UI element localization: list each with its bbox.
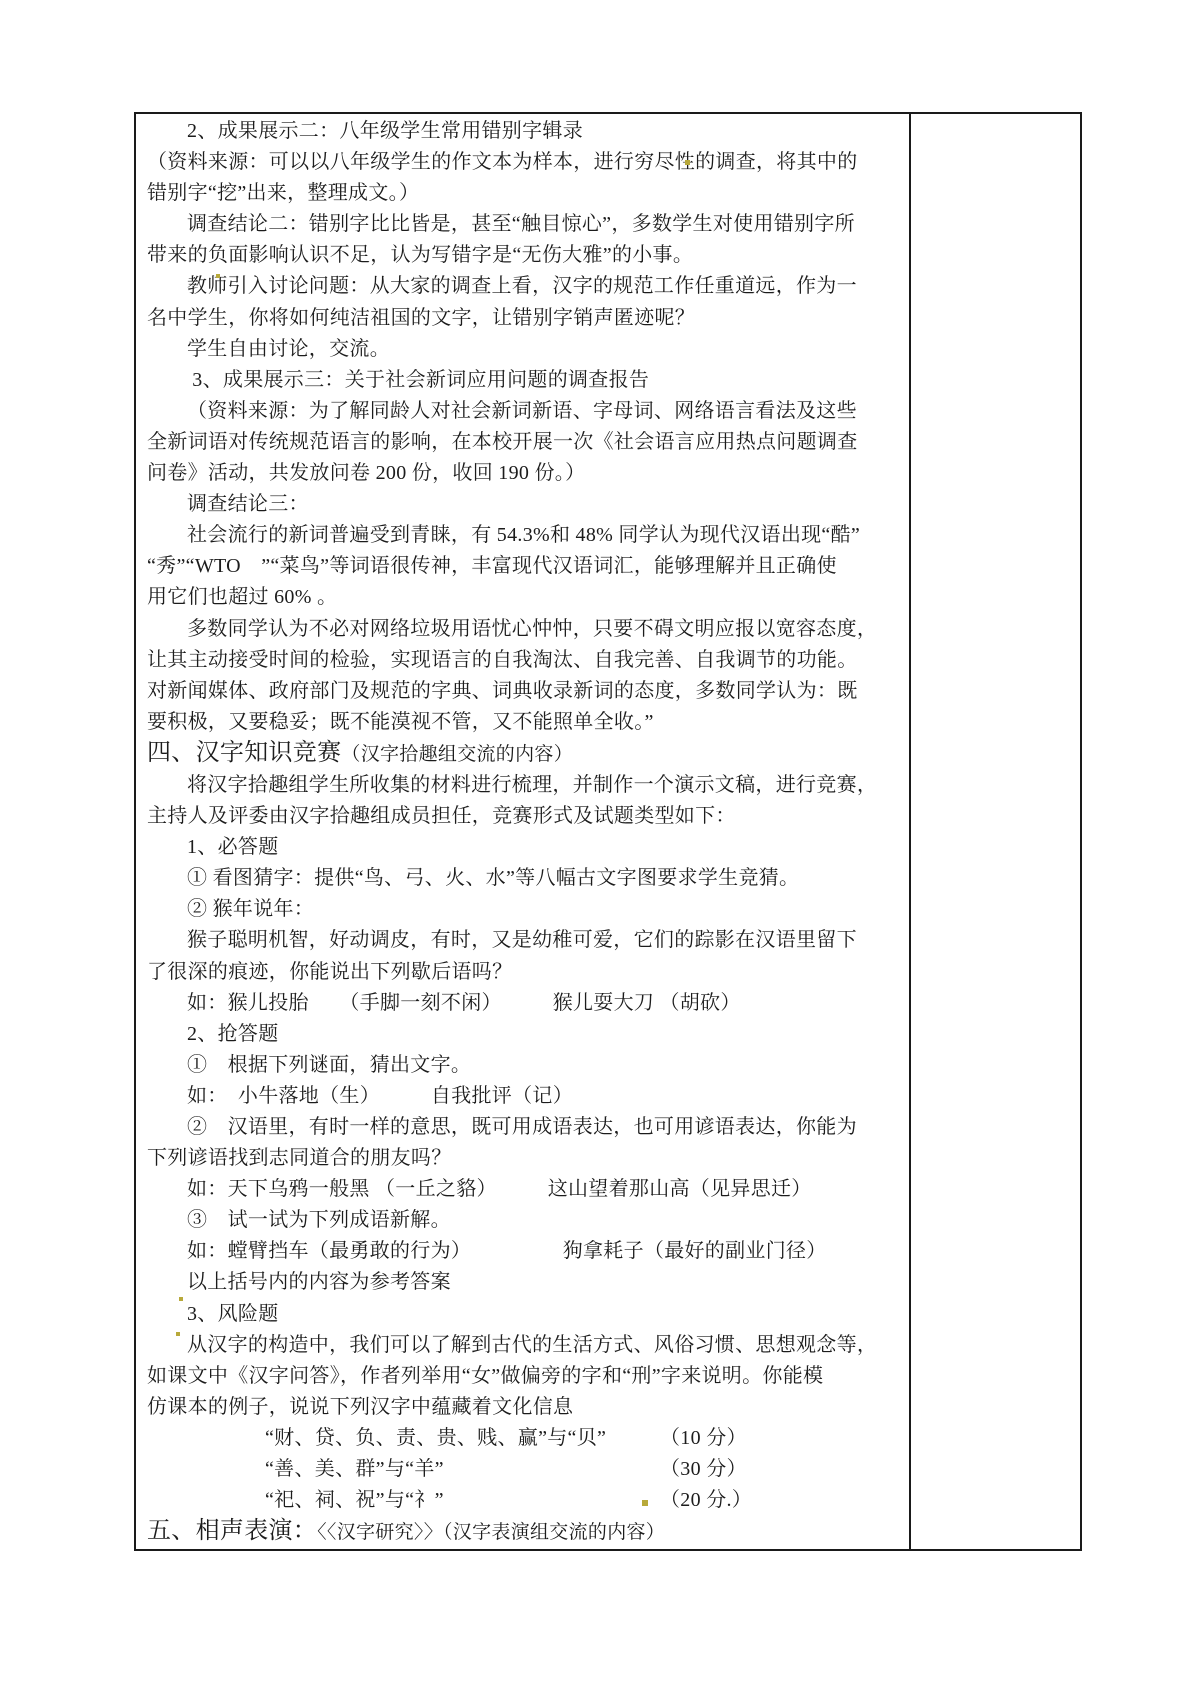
text-line: 要积极，又要稳妥；既不能漠视不管，又不能照单全收。” [147,707,903,738]
score-item-text: “财、贷、负、责、贵、贱、赢”与“贝” [265,1427,606,1449]
text-line: 以上括号内的内容为参考答案 [147,1267,903,1298]
text-line: 从汉字的构造中，我们可以了解到古代的生活方式、风俗习惯、思想观念等， [147,1330,903,1361]
heading-title: 四、汉字知识竞赛 [147,740,341,766]
text-line: 调查结论三： [147,489,903,520]
text-line: 2、成果展示二：八年级学生常用错别字辑录 [147,116,903,147]
text-line: 如：猴儿投胎 （手脚一刻不闲） 猴儿耍大刀 （胡砍） [147,988,903,1019]
text-line: 让其主动接受时间的检验，实现语言的自我淘汰、自我完善、自我调节的功能。 [147,645,903,676]
content-cell: 2、成果展示二：八年级学生常用错别字辑录（资料来源：可以以八年级学生的作文本为样… [136,114,911,1549]
text-line: 对新闻媒体、政府部门及规范的字典、词典收录新词的态度，多数同学认为：既 [147,676,903,707]
text-line: 了很深的痕迹，你能说出下列歇后语吗？ [147,957,903,988]
text-line: 仿课本的例子，说说下列汉字中蕴藏着文化信息 [147,1392,903,1423]
score-item-text: “祀、祠、祝”与“礻” [265,1489,444,1511]
text-line: 3、风险题 [147,1299,903,1330]
text-line: ① 根据下列谜面，猜出文字。 [147,1050,903,1081]
heading-annotation: （汉字拾趣组交流的内容） [341,744,573,765]
text-line: “善、美、群”与“羊”（30 分） [147,1454,903,1485]
score-item-text: “善、美、群”与“羊” [265,1458,444,1480]
text-line: （资料来源：为了解同龄人对社会新词新语、字母词、网络语言看法及这些 [147,396,903,427]
text-line: 主持人及评委由汉字拾趣组成员担任，竞赛形式及试题类型如下： [147,801,903,832]
score-points: （30 分） [660,1454,747,1485]
text-line: 教师引入讨论问题：从大家的调查上看，汉字的规范工作任重道远，作为一 [147,271,903,302]
score-points: （20 分.） [660,1485,752,1516]
text-line: ② 猴年说年： [147,894,903,925]
text-line: 1、必答题 [147,832,903,863]
heading-title: 五、相声表演： [147,1518,317,1544]
text-line: 带来的负面影响认识不足，认为写错字是“无伤大雅”的小事。 [147,240,903,271]
text-line: 多数同学认为不必对网络垃圾用语忧心忡忡，只要不碍文明应报以宽容态度， [147,614,903,645]
text-line: 猴子聪明机智，好动调皮，有时，又是幼稚可爱，它们的踪影在汉语里留下 [147,925,903,956]
spellcheck-mark [685,160,690,165]
text-line: ③ 试一试为下列成语新解。 [147,1205,903,1236]
spellcheck-mark [179,1297,183,1301]
text-line: 学生自由讨论，交流。 [147,334,903,365]
text-line: 如：螳臂挡车（最勇敢的行为） 狗拿耗子（最好的副业门径） [147,1236,903,1267]
spellcheck-mark [216,274,220,278]
text-line: 名中学生，你将如何纯洁祖国的文字，让错别字销声匿迹呢？ [147,303,903,334]
section-heading-line: 五、相声表演：〈〈汉字研究〉〉（汉字表演组交流的内容） [147,1516,903,1548]
text-line: 如： 小牛落地（生） 自我批评（记） [147,1081,903,1112]
notes-cell [911,114,1080,1549]
text-line: 如课文中《汉字问答》，作者列举用“女”做偏旁的字和“刑”字来说明。你能模 [147,1361,903,1392]
text-line: “财、贷、负、责、贵、贱、赢”与“贝”（10 分） [147,1423,903,1454]
text-line: ② 汉语里，有时一样的意思，既可用成语表达，也可用谚语表达，你能为 [147,1112,903,1143]
text-line: 用它们也超过 60% 。 [147,582,903,613]
text-line: “祀、祠、祝”与“礻”（20 分.） [147,1485,903,1516]
spellcheck-mark [176,1332,180,1336]
lesson-plan-table: 2、成果展示二：八年级学生常用错别字辑录（资料来源：可以以八年级学生的作文本为样… [134,112,1082,1551]
text-line: ① 看图猜字：提供“鸟、弓、火、水”等八幅古文字图要求学生竞猜。 [147,863,903,894]
text-line: 错别字“挖”出来，整理成文。） [147,178,903,209]
heading-annotation: 〈〈汉字研究〉〉（汉字表演组交流的内容） [317,1522,665,1543]
text-line: 2、抢答题 [147,1019,903,1050]
text-line: 将汉字拾趣组学生所收集的材料进行梳理，并制作一个演示文稿，进行竞赛， [147,770,903,801]
text-line: 全新词语对传统规范语言的影响，在本校开展一次《社会语言应用热点问题调查 [147,427,903,458]
text-line: 调查结论二：错别字比比皆是，甚至“触目惊心”，多数学生对使用错别字所 [147,209,903,240]
text-line: 问卷》活动，共发放问卷 200 份，收回 190 份。） [147,458,903,489]
text-line: （资料来源：可以以八年级学生的作文本为样本，进行穷尽性的调查，将其中的 [147,147,903,178]
text-line: 下列谚语找到志同道合的朋友吗？ [147,1143,903,1174]
score-points: （10 分） [660,1423,747,1454]
text-line: 社会流行的新词普遍受到青睐，有 54.3%和 48% 同学认为现代汉语出现“酷” [147,520,903,551]
section-heading-line: 四、汉字知识竞赛（汉字拾趣组交流的内容） [147,738,903,770]
text-line: 如：天下乌鸦一般黑 （一丘之貉） 这山望着那山高（见异思迁） [147,1174,903,1205]
page: { "colors": { "border": "#1a1a1a", "text… [0,0,1191,1684]
text-line: “秀”“WTO ”“菜鸟”等词语很传神，丰富现代汉语词汇，能够理解并且正确使 [147,551,903,582]
text-line: 3、成果展示三：关于社会新词应用问题的调查报告 [147,365,903,396]
